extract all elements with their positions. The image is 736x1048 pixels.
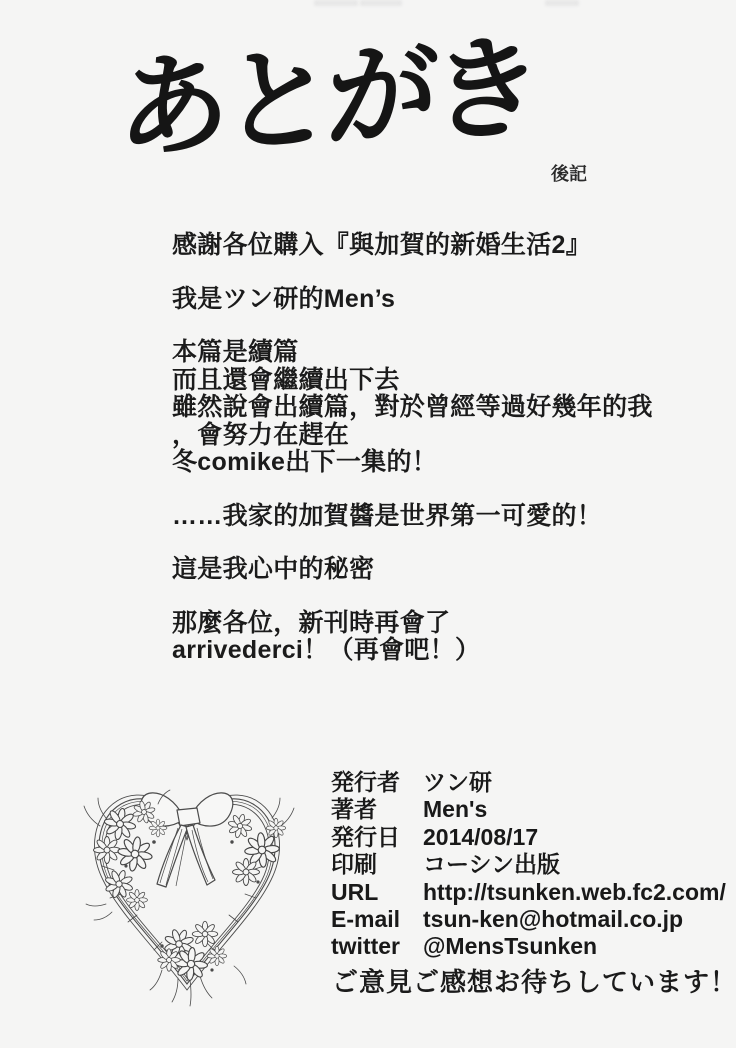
colophon-row-url: URL http://tsunken.web.fc2.com/	[331, 879, 726, 906]
flower-cluster-bottom	[158, 921, 227, 987]
heart-wreath-illustration	[66, 770, 308, 1028]
colophon-label: E-mail	[331, 906, 423, 933]
colophon-label: 発行日	[331, 824, 423, 851]
afterword-page: あとがき 後記 感謝各位購入『與加賀的新婚生活2』 我是ツン研的Men’s 本篇…	[0, 0, 736, 1048]
text-line: 而且還會繼續出下去	[172, 367, 720, 395]
text-line: ……我家的加賀醬是世界第一可愛的！	[172, 503, 720, 531]
colophon-value: コーシン出版	[423, 851, 560, 878]
colophon-row-date: 発行日 2014/08/17	[331, 824, 726, 851]
scan-artifact	[360, 0, 402, 6]
paragraph: 這是我心中的秘密	[172, 556, 720, 584]
text-line: arrivederci！（再會吧！）	[172, 637, 720, 665]
colophon-url-value: http://tsunken.web.fc2.com/	[423, 879, 726, 906]
paragraph: 感謝各位購入『與加賀的新婚生活2』	[172, 232, 720, 260]
colophon-label: twitter	[331, 933, 423, 960]
text-line: 感謝各位購入『與加賀的新婚生活2』	[172, 232, 720, 260]
scan-artifact	[545, 0, 579, 6]
colophon-value: ツン研	[423, 769, 492, 796]
colophon-label: 発行者	[331, 769, 423, 796]
flower-cluster-right	[225, 811, 286, 885]
colophon-row-email: E-mail tsun-ken@hotmail.co.jp	[331, 906, 726, 933]
colophon-twitter-value: @MensTsunken	[423, 933, 597, 960]
feedback-request-line: ご意見ご感想お待ちしています！	[332, 962, 736, 999]
colophon-row-printer: 印刷 コーシン出版	[331, 851, 726, 878]
paragraph: 本篇是續篇 而且還會繼續出下去 雖然說會出續篇，對於曾經等過好幾年的我 ，會努力…	[172, 339, 720, 477]
colophon-value: Men's	[423, 796, 487, 823]
colophon-label: 印刷	[331, 851, 423, 878]
text-line: 冬comike出下一集的！	[172, 449, 720, 477]
colophon-value: 2014/08/17	[423, 824, 538, 851]
page-subtitle: 後記	[551, 160, 587, 186]
text-line: 那麼各位，新刊時再會了	[172, 610, 720, 638]
paragraph: ……我家的加賀醬是世界第一可愛的！	[172, 503, 720, 531]
scan-artifact	[314, 0, 358, 6]
page-title: あとがき	[116, 15, 537, 183]
text-line: 本篇是續篇	[172, 339, 720, 367]
text-line: 雖然說會出續篇，對於曾經等過好幾年的我	[172, 394, 720, 422]
colophon-row-twitter: twitter @MensTsunken	[331, 933, 726, 960]
paragraph: 我是ツン研的Men’s	[172, 286, 720, 314]
afterword-text: 感謝各位購入『與加賀的新婚生活2』 我是ツン研的Men’s 本篇是續篇 而且還會…	[172, 232, 720, 691]
text-line: ，會努力在趕在	[172, 422, 720, 450]
colophon-row-author: 著者 Men's	[331, 796, 726, 823]
colophon-row-publisher: 発行者 ツン研	[331, 769, 726, 796]
colophon-email-value: tsun-ken@hotmail.co.jp	[423, 906, 683, 933]
colophon-label: URL	[331, 879, 423, 906]
colophon: 発行者 ツン研 著者 Men's 発行日 2014/08/17 印刷 コーシン出…	[331, 769, 726, 961]
text-line: 我是ツン研的Men’s	[172, 286, 720, 314]
text-line: 這是我心中的秘密	[172, 556, 720, 584]
colophon-label: 著者	[331, 796, 423, 823]
paragraph: 那麼各位，新刊時再會了 arrivederci！（再會吧！）	[172, 610, 720, 665]
